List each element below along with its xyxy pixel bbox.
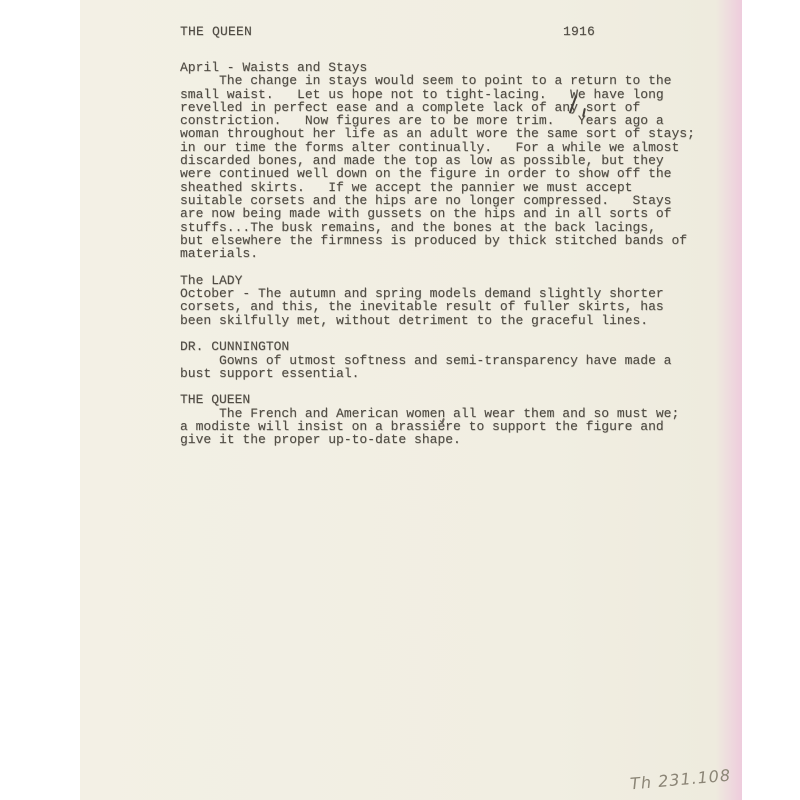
document-scan: THE QUEEN 1916 April - Waists and Stays … bbox=[0, 0, 800, 800]
page-year: 1916 bbox=[563, 24, 595, 39]
catalog-number: Th 231.108 bbox=[629, 766, 731, 794]
page-title: THE QUEEN bbox=[180, 24, 252, 39]
typescript-text: April - Waists and Stays The change in s… bbox=[180, 61, 695, 447]
paper-sheet: THE QUEEN 1916 April - Waists and Stays … bbox=[80, 0, 742, 800]
